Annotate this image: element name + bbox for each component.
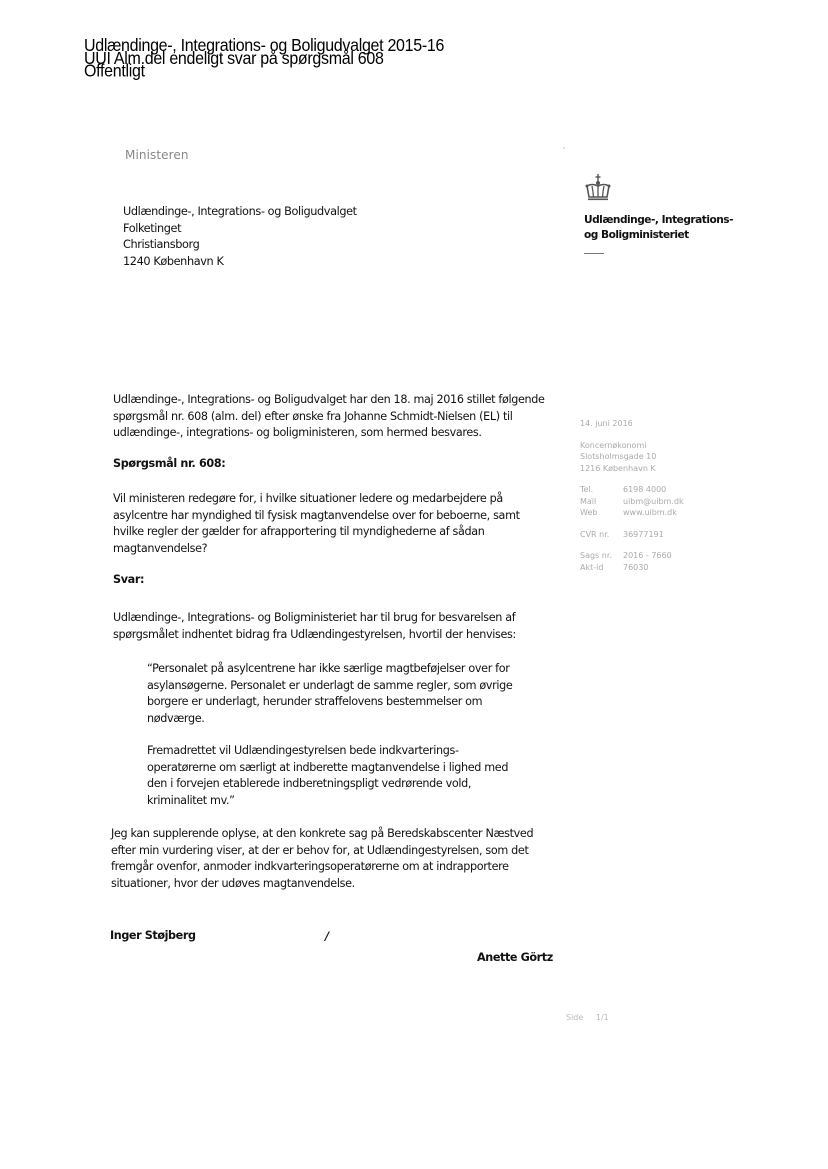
signature-separator: / [325,930,329,943]
scan-speck [563,147,565,149]
text-line: “Personalet på asylcentrene har ikke sær… [147,661,607,678]
case-info: Sags nr. 2016 - 7660 Akt-id 76030 [580,550,684,573]
contact-label: Web [580,507,623,519]
text-line: Vil ministeren redegøre for, i hvilke si… [113,491,573,508]
text-line: spørgsmål nr. 608 (alm. del) efter ønske… [113,409,573,426]
sender-address: Koncernøkonomi Slotsholmsgade 10 1216 Kø… [580,440,684,475]
ministry-name-line: Udlændinge-, Integrations- [584,213,754,228]
answer-intro-paragraph: Udlændinge-, Integrations- og Boligminis… [113,610,573,643]
text-line: asylcentre har myndighed til fysisk magt… [113,508,573,525]
cvr-row: CVR nr. 36977191 [580,529,684,541]
question-paragraph: Vil ministeren redegøre for, i hvilke si… [113,491,573,557]
act-id-row: Akt-id 76030 [580,562,684,574]
question-heading: Spørgsmål nr. 608: [113,456,573,473]
contact-label: Tel. [580,484,623,496]
sender-office: Koncernøkonomi [580,440,684,452]
cvr-label: CVR nr. [580,529,623,541]
sender-label: Ministeren [125,148,189,162]
signature-official: Anette Görtz [477,951,553,964]
recipient-address: Udlændinge-, Integrations- og Boligudval… [123,204,357,270]
signature-minister: Inger Støjberg [110,929,196,942]
text-line: operatørerne om særligt at indberette ma… [147,760,607,777]
contact-value: 6198 4000 [623,484,666,496]
letter-metadata: 14. juni 2016 Koncernøkonomi Slotsholmsg… [580,418,684,583]
case-label: Akt-id [580,562,623,574]
text-line: Jeg kan supplerende oplyse, at den konkr… [111,826,571,843]
text-line: situationer, hvor der udøves magtanvende… [111,876,571,893]
case-value: 2016 - 7660 [623,550,672,562]
text-line: magtanvendelse? [113,541,573,558]
text-line: Udlændinge-, Integrations- og Boligminis… [113,610,573,627]
case-label: Sags nr. [580,550,623,562]
contact-value: uibm@uibm.dk [623,496,684,508]
ministry-name: Udlændinge-, Integrations- og Boligminis… [584,213,754,243]
contact-label: Mail [580,496,623,508]
recipient-line: 1240 København K [123,254,357,271]
contact-info: Tel. 6198 4000 Mail uibm@uibm.dk Web www… [580,484,684,519]
text-line: udlændinge-, integrations- og boligminis… [113,425,573,442]
recipient-line: Udlændinge-, Integrations- og Boligudval… [123,204,357,221]
cvr-info: CVR nr. 36977191 [580,529,684,541]
logo-divider [584,253,604,254]
text-line: asylansøgerne. Personalet er underlagt d… [147,678,607,695]
ministry-name-line: og Boligministeriet [584,228,754,243]
text-line: Fremadrettet vil Udlændingestyrelsen bed… [147,743,607,760]
text-line: borgere er underlagt, herunder straffelo… [147,694,607,711]
case-value: 76030 [623,562,648,574]
text-line: efter min vurdering viser, at der er beh… [111,843,571,860]
conclusion-paragraph: Jeg kan supplerende oplyse, at den konkr… [111,826,571,892]
text-line: Udlændinge-, Integrations- og Boligudval… [113,392,573,409]
contact-phone: Tel. 6198 4000 [580,484,684,496]
answer-heading: Svar: [113,572,573,589]
page-label: Side [566,1013,583,1022]
ministry-logo: Udlændinge-, Integrations- og Boligminis… [584,173,754,254]
case-number-row: Sags nr. 2016 - 7660 [580,550,684,562]
recipient-line: Folketinget [123,221,357,238]
text-line: spørgsmålet indhentet bidrag fra Udlændi… [113,627,573,644]
document-stamp: Udlændinge-, Integrations- og Boligudval… [84,40,444,79]
text-line: nødværge. [147,711,607,728]
quote-paragraph-1: “Personalet på asylcentrene har ikke sær… [147,661,607,727]
contact-mail: Mail uibm@uibm.dk [580,496,684,508]
text-line: fremgår ovenfor, anmoder indkvarteringso… [111,859,571,876]
sender-city: 1216 København K [580,463,684,475]
sender-street: Slotsholmsgade 10 [580,451,684,463]
quote-paragraph-2: Fremadrettet vil Udlændingestyrelsen bed… [147,743,607,809]
letter-date: 14. juni 2016 [580,418,684,430]
text-line: kriminalitet mv.” [147,793,607,810]
text-line: hvilke regler der gælder for afrapporter… [113,524,573,541]
recipient-line: Christiansborg [123,237,357,254]
crown-icon [584,173,612,203]
cvr-value: 36977191 [623,529,664,541]
intro-paragraph: Udlændinge-, Integrations- og Boligudval… [113,392,573,442]
page-number: Side 1/1 [566,1013,609,1022]
page-value: 1/1 [596,1013,609,1022]
contact-web: Web www.uibm.dk [580,507,684,519]
text-line: den i forvejen etablerede indberetningsp… [147,776,607,793]
contact-value: www.uibm.dk [623,507,677,519]
